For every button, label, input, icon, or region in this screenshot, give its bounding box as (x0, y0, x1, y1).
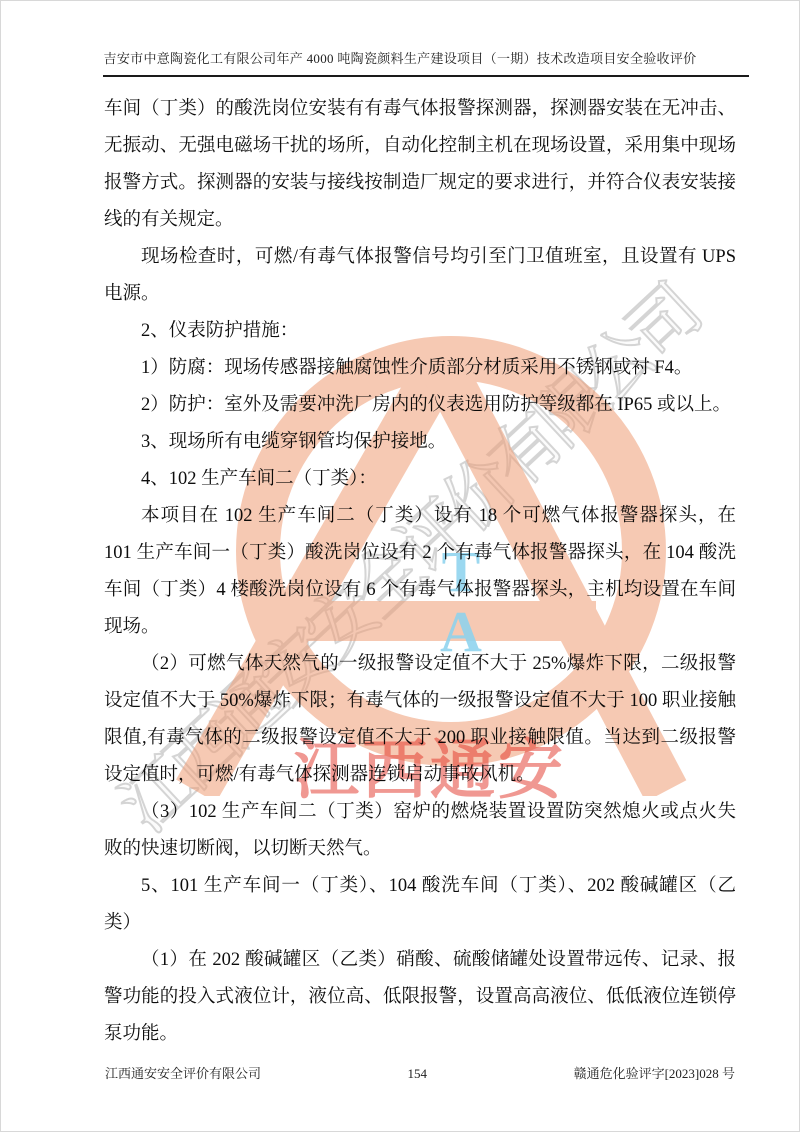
page-footer: 江西通安安全评价有限公司 154 赣通危化验评字[2023]028 号 (105, 1063, 735, 1082)
page-header-title: 吉安市中意陶瓷化工有限公司年产 4000 吨陶瓷颜料生产建设项目（一期）技术改造… (1, 48, 799, 67)
header-rule (103, 75, 749, 77)
paragraph: 5、101 生产车间一（丁类）、104 酸洗车间（丁类）、202 酸碱罐区（乙类… (104, 868, 736, 942)
paragraph: 2、仪表防护措施： (104, 313, 736, 350)
paragraph: 2）防护：室外及需要冲洗厂房内的仪表选用防护等级都在 IP65 或以上。 (104, 387, 736, 424)
paragraph: （3）102 生产车间二（丁类）窑炉的燃烧装置设置防突然熄火或点火失败的快速切断… (104, 794, 736, 868)
paragraph: 现场检查时，可燃/有毒气体报警信号均引至门卫值班室，且设置有 UPS 电源。 (104, 239, 736, 313)
document-page: 吉安市中意陶瓷化工有限公司年产 4000 吨陶瓷颜料生产建设项目（一期）技术改造… (0, 0, 800, 1132)
paragraph: 4、102 生产车间二（丁类）： (104, 461, 736, 498)
footer-page-number: 154 (408, 1066, 428, 1082)
paragraph: （2）可燃气体天然气的一级报警设定值不大于 25%爆炸下限，二级报警设定值不大于… (104, 646, 736, 794)
paragraph: 1）防腐：现场传感器接触腐蚀性介质部分材质采用不锈钢或衬 F4。 (104, 350, 736, 387)
paragraph: 3、现场所有电缆穿钢管均保护接地。 (104, 424, 736, 461)
paragraph: （1）在 202 酸碱罐区（乙类）硝酸、硫酸储罐处设置带远传、记录、报警功能的投… (104, 942, 736, 1053)
footer-company-name: 江西通安安全评价有限公司 (105, 1063, 261, 1082)
footer-doc-number: 赣通危化验评字[2023]028 号 (574, 1063, 735, 1082)
paragraph: 车间（丁类）的酸洗岗位安装有有毒气体报警探测器，探测器安装在无冲击、无振动、无强… (104, 91, 736, 239)
document-body: 车间（丁类）的酸洗岗位安装有有毒气体报警探测器，探测器安装在无冲击、无振动、无强… (104, 91, 736, 1053)
paragraph: 本项目在 102 生产车间二（丁类）设有 18 个可燃气体报警器探头，在 101… (104, 498, 736, 646)
